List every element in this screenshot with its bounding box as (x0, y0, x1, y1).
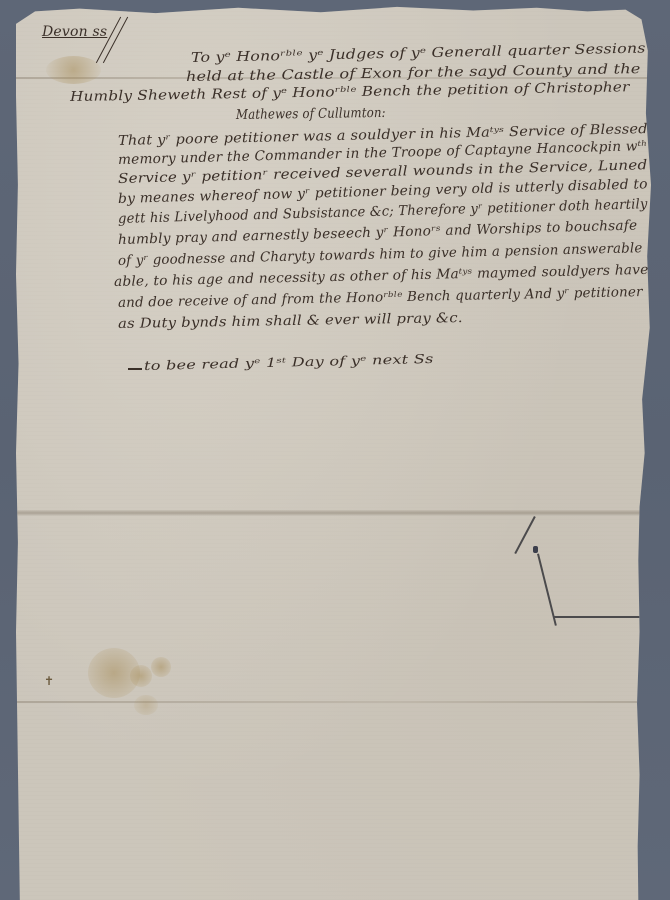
manuscript-page: ✝ Devon ss To yᵉ Honoʳᵇˡᵉ yᵉ Judges of y… (16, 6, 651, 900)
water-stain-top (46, 56, 101, 84)
paper-tear-lower (537, 554, 557, 626)
ink-blot-mark: ✝ (44, 674, 54, 688)
paper-hole (533, 546, 538, 553)
subscript-dash (128, 368, 142, 370)
water-stain-small (151, 657, 171, 677)
fold-line-middle (16, 510, 651, 516)
address-line-3: Humbly Sheweth Rest of yᵉ Honoʳᵇˡᵉ Bench… (70, 79, 630, 105)
docket-heading: Devon ss (42, 24, 107, 40)
address-line-4: Mathewes of Cullumton: (236, 105, 386, 123)
fold-line-lower (16, 701, 651, 703)
water-stain-small (130, 665, 152, 687)
order-note: to bee read yᵉ 1ˢᵗ Day of yᵉ next Ss (144, 351, 434, 373)
water-stain-faint (134, 695, 158, 715)
paper-tear-horizontal (554, 616, 654, 618)
petition-body-line: as Duty bynds him shall & ever will pray… (118, 310, 463, 332)
